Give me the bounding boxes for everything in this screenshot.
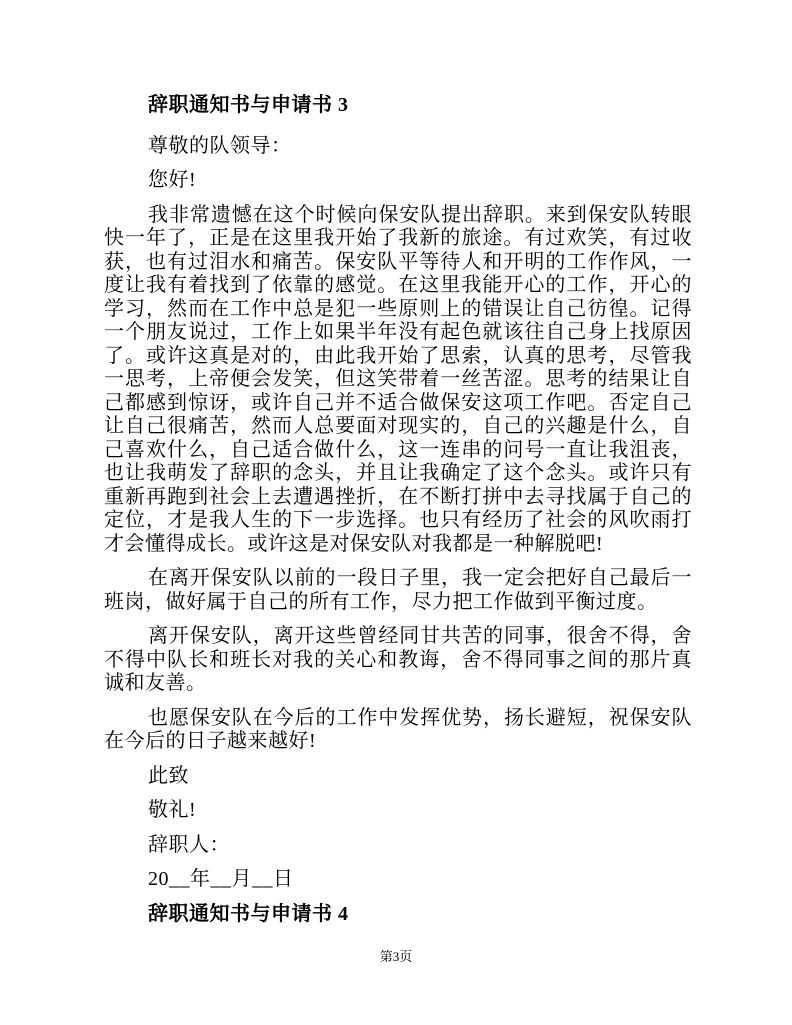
salutation-line: 尊敬的队领导：	[104, 135, 692, 159]
document-page: 辞职通知书与申请书 3 尊敬的队领导： 您好! 我非常遗憾在这个时候向保安队提出…	[0, 0, 792, 1025]
body-paragraph: 也愿保安队在今后的工作中发挥优势，扬长避短，祝保安队在今后的日子越来越好!	[104, 707, 692, 754]
closing-cizhi-line: 此致	[104, 765, 692, 789]
body-paragraph: 在离开保安队以前的一段日子里，我一定会把好自己最后一班岗，做好属于自己的所有工作…	[104, 567, 692, 614]
section-heading-4: 辞职通知书与申请书 4	[104, 903, 692, 927]
body-paragraph: 我非常遗憾在这个时候向保安队提出辞职。来到保安队转眼快一年了，正是在这里我开始了…	[104, 204, 692, 557]
document-body: 辞职通知书与申请书 3 尊敬的队领导： 您好! 我非常遗憾在这个时候向保安队提出…	[104, 94, 692, 943]
greeting-line: 您好!	[104, 169, 692, 193]
body-paragraph: 离开保安队，离开这些曾经同甘共苦的同事，很舍不得，舍不得中队长和班长对我的关心和…	[104, 625, 692, 696]
closing-jingli-line: 敬礼!	[104, 799, 692, 823]
section-heading-3: 辞职通知书与申请书 3	[104, 94, 692, 118]
date-blank-line: 20__年__月__日	[104, 868, 692, 892]
page-number-footer: 第3页	[0, 948, 792, 966]
signature-label-line: 辞职人：	[104, 834, 692, 858]
